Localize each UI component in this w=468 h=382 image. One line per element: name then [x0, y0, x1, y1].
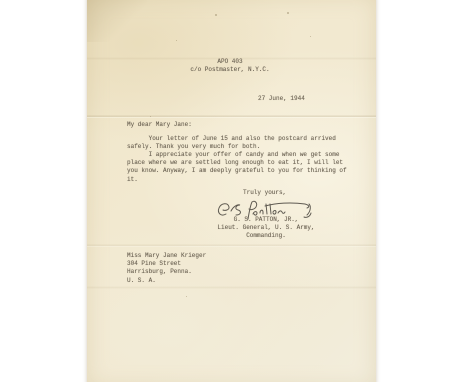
scanned-letter-photo: APO 403 c/o Postmaster, N.Y.C. 27 June, … — [0, 0, 468, 382]
body-paragraph-2: I appreciate your offer of candy and whe… — [127, 151, 361, 184]
paper-corner-shading — [87, 0, 147, 42]
paper-speck — [186, 296, 187, 297]
typed-signature-block: G. S. PATTON, JR., Lieut. General, U. S.… — [212, 216, 320, 241]
closing-line: Truly yours, — [243, 189, 286, 197]
fold-crease-bottom — [87, 286, 376, 289]
letter-date: 27 June, 1944 — [258, 95, 305, 103]
paper-speck — [287, 12, 289, 14]
recipient-address-block: Miss Mary Jane Krieger 304 Pine Street H… — [127, 252, 206, 285]
fold-crease-lower — [87, 244, 376, 247]
paper-speck — [215, 14, 217, 16]
paper-speck — [150, 116, 151, 117]
fold-crease-upper — [87, 115, 376, 118]
body-paragraph-1: Your letter of June 15 and also the post… — [127, 135, 357, 151]
paper-speck — [310, 36, 311, 37]
paper-speck — [176, 40, 177, 41]
letter-paper: APO 403 c/o Postmaster, N.Y.C. 27 June, … — [87, 0, 376, 382]
salutation: My dear Mary Jane: — [127, 121, 192, 129]
letterhead-apo-address: APO 403 c/o Postmaster, N.Y.C. — [170, 58, 290, 74]
